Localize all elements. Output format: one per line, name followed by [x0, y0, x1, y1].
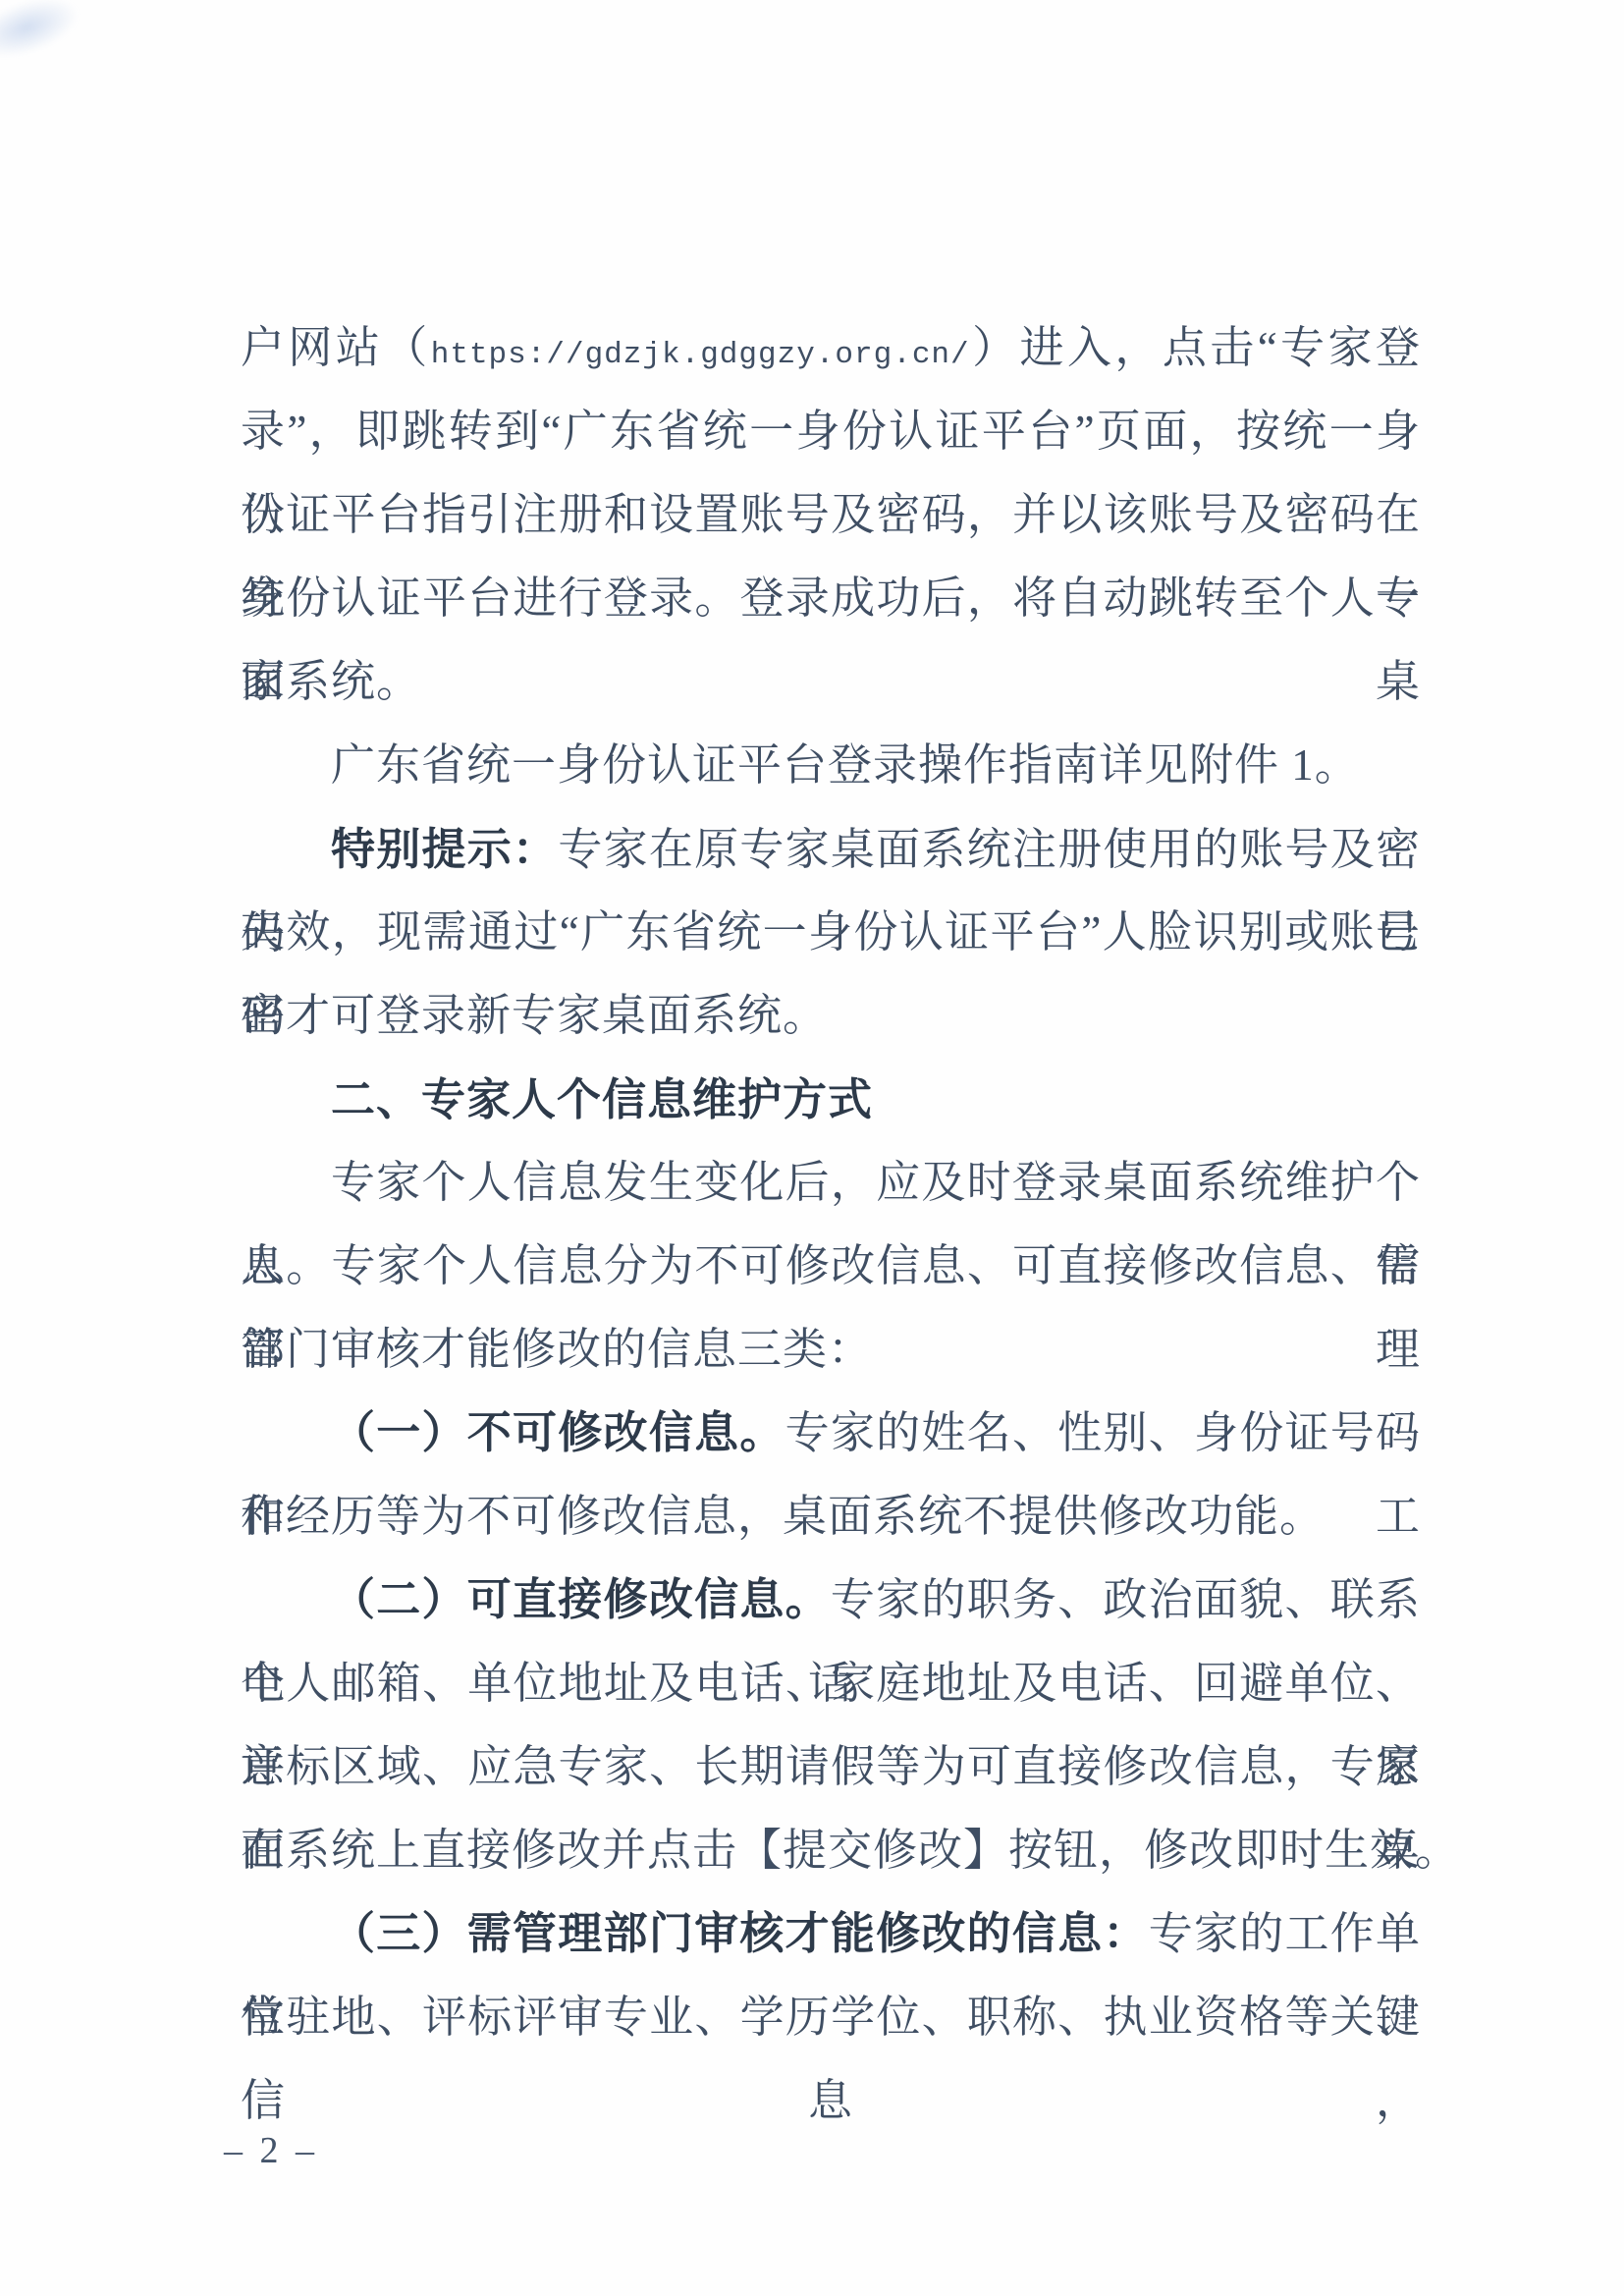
- emphasis-text: 二、专家人个信息维护方式: [331, 1074, 873, 1124]
- text-line: 认证平台指引注册和设置账号及密码，并以该账号及密码在统一: [241, 473, 1421, 557]
- text-line: 身份认证平台进行登录。登录成功后，将自动跳转至个人专家桌: [241, 557, 1421, 640]
- scan-smudge-artifact: [0, 0, 85, 69]
- url-text: https://gdzjk.gdggzy.org.cn/: [431, 338, 970, 372]
- text-line: （一）不可修改信息。专家的姓名、性别、身份证号码和工: [241, 1392, 1421, 1475]
- body-text: 部门审核才能修改的信息三类：: [241, 1325, 873, 1374]
- emphasis-text: （一）不可修改信息。: [331, 1408, 785, 1457]
- text-line: 专家个人信息发生变化后，应及时登录桌面系统维护个人信: [241, 1141, 1421, 1225]
- body-text: 面系统上直接修改并点击【提交修改】按钮，修改即时生效。: [241, 1826, 1460, 1875]
- text-line: 评标区域、应急专家、长期请假等为可直接修改信息，专家在桌: [241, 1725, 1421, 1809]
- text-line: 广东省统一身份认证平台登录操作指南详见附件 1。: [241, 724, 1421, 807]
- body-text: 户网站（: [241, 323, 431, 372]
- text-line: 作经历等为不可修改信息，桌面系统不提供修改功能。: [241, 1475, 1421, 1558]
- body-text: ）进入，点击“专家登: [970, 323, 1421, 372]
- text-line: 二、专家人个信息维护方式: [241, 1058, 1421, 1141]
- text-line: 户网站（https://gdzjk.gdggzy.org.cn/）进入，点击“专…: [241, 306, 1421, 390]
- body-text: 码才可登录新专家桌面系统。: [241, 991, 828, 1040]
- body-text: 面系统。: [241, 657, 421, 706]
- text-line: （三）需管理部门审核才能修改的信息：专家的工作单位、: [241, 1892, 1421, 1976]
- text-line: 特别提示：专家在原专家桌面系统注册使用的账号及密码已: [241, 807, 1421, 891]
- text-line: 常驻地、评标评审专业、学历学位、职称、执业资格等关键信息，: [241, 1976, 1421, 2059]
- text-line: 码才可登录新专家桌面系统。: [241, 974, 1421, 1058]
- text-line: 失效，现需通过“广东省统一身份认证平台”人脸识别或账号密: [241, 891, 1421, 974]
- text-line: 录”，即跳转到“广东省统一身份认证平台”页面，按统一身份: [241, 390, 1421, 473]
- emphasis-text: （三）需管理部门审核才能修改的信息：: [331, 1909, 1149, 1958]
- body-text: 作经历等为不可修改信息，桌面系统不提供修改功能。: [241, 1492, 1325, 1541]
- page-number: – 2 –: [224, 2129, 318, 2172]
- text-line: （二）可直接修改信息。专家的职务、政治面貌、联系电话、: [241, 1558, 1421, 1642]
- text-line: 面系统上直接修改并点击【提交修改】按钮，修改即时生效。: [241, 1809, 1421, 1892]
- document-page: 户网站（https://gdzjk.gdggzy.org.cn/）进入，点击“专…: [0, 0, 1624, 2296]
- text-line: 个人邮箱、单位地址及电话、家庭地址及电话、回避单位、意愿: [241, 1642, 1421, 1725]
- emphasis-text: 特别提示：: [331, 824, 558, 874]
- body-text: 广东省统一身份认证平台登录操作指南详见附件 1。: [331, 740, 1360, 790]
- document-text: 户网站（https://gdzjk.gdggzy.org.cn/）进入，点击“专…: [241, 306, 1421, 2059]
- body-text: 常驻地、评标评审专业、学历学位、职称、执业资格等关键信息，: [241, 1993, 1421, 2125]
- emphasis-text: （二）可直接修改信息。: [331, 1575, 831, 1624]
- text-line: 息。专家个人信息分为不可修改信息、可直接修改信息、需管理: [241, 1225, 1421, 1308]
